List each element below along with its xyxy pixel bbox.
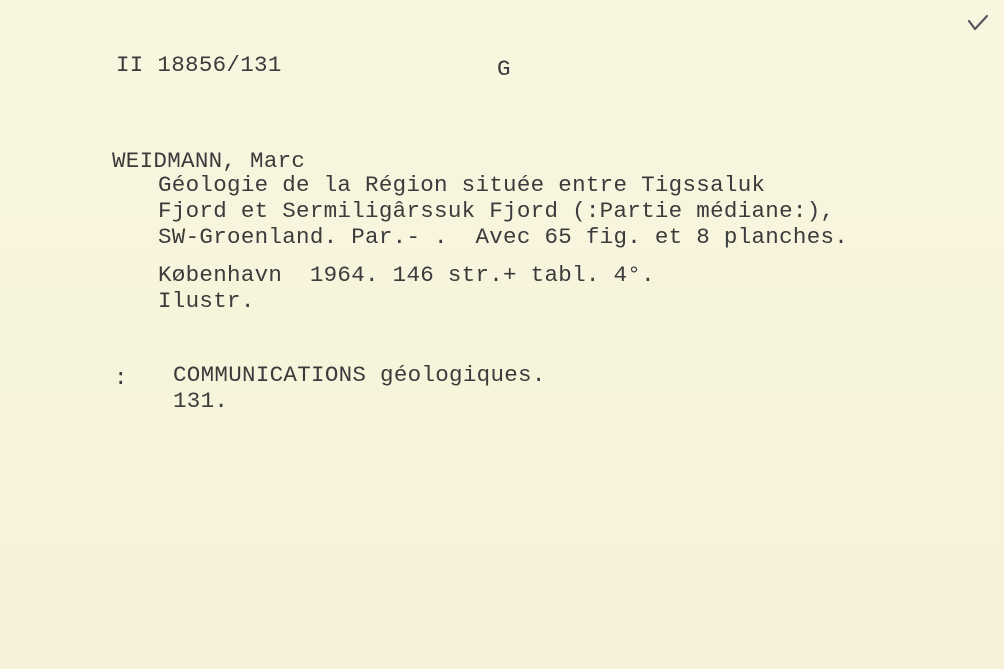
check-mark-icon: [966, 12, 990, 34]
title-line-3: SW-Groenland. Par.- . Avec 65 fig. et 8 …: [158, 224, 848, 250]
imprint-line-2: Ilustr.: [158, 288, 255, 314]
class-letter: G: [497, 56, 511, 82]
series-title: COMMUNICATIONS géologiques.: [173, 362, 546, 388]
title-line-2: Fjord et Sermiligârssuk Fjord (:Partie m…: [158, 198, 834, 224]
title-line-1: Géologie de la Région située entre Tigss…: [158, 172, 765, 198]
imprint-line-1: København 1964. 146 str.+ tabl. 4°.: [158, 262, 655, 288]
series-marker: :: [114, 365, 128, 391]
catalog-card: II 18856/131 G WEIDMANN, Marc Géologie d…: [0, 0, 1004, 669]
author: WEIDMANN, Marc: [112, 148, 305, 174]
series-number: 131.: [173, 388, 228, 414]
call-number: II 18856/131: [116, 52, 282, 78]
